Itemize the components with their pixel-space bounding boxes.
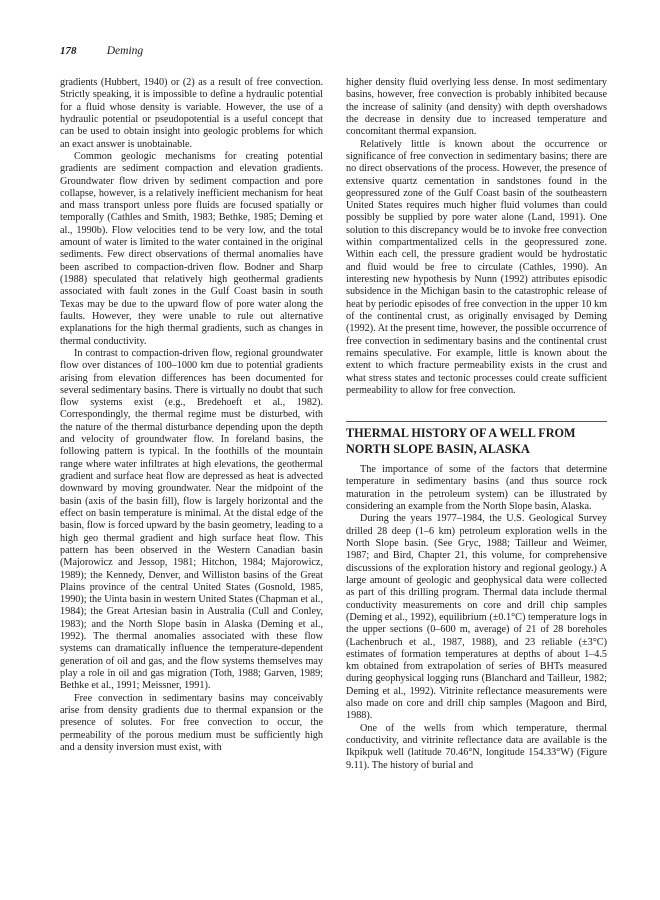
paragraph: One of the wells from which temperature,… — [346, 723, 607, 772]
paragraph: In contrast to compaction-driven flow, r… — [60, 348, 323, 693]
paragraph: higher density fluid overlying less dens… — [346, 77, 607, 139]
paragraph: Relatively little is known about the occ… — [346, 139, 607, 398]
paragraph: gradients (Hubbert, 1940) or (2) as a re… — [60, 77, 323, 151]
running-head-author: Deming — [107, 45, 143, 57]
paragraph: The importance of some of the factors th… — [346, 464, 607, 513]
section-heading: THERMAL HISTORY OF A WELL FROM NORTH SLO… — [346, 426, 607, 457]
left-column: gradients (Hubbert, 1940) or (2) as a re… — [60, 77, 323, 754]
section-divider — [346, 421, 607, 422]
paragraph: Free convection in sedimentary basins ma… — [60, 693, 323, 755]
paragraph: Common geologic mechanisms for creating … — [60, 151, 323, 348]
page-number: 178 — [60, 45, 104, 57]
right-column: higher density fluid overlying less dens… — [346, 77, 607, 772]
paragraph: During the years 1977–1984, the U.S. Geo… — [346, 513, 607, 722]
running-head: 178 Deming — [60, 45, 143, 57]
